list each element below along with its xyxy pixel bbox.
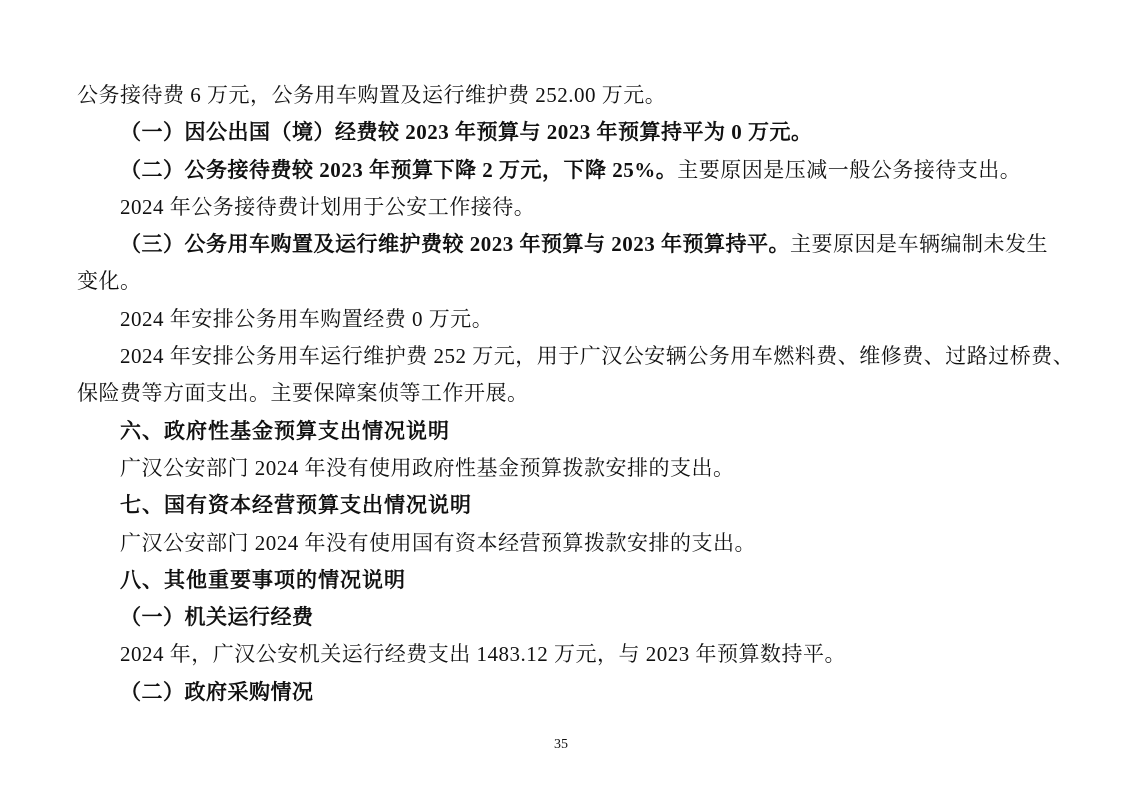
para-vehicle-expense-wrap: 变化。 (77, 263, 1057, 300)
text-run: 2024 年安排公务用车购置经费 0 万元。 (120, 307, 493, 331)
subheading-gov-procurement: （二）政府采购情况 (77, 674, 1057, 711)
para-vehicle-maintenance-wrap: 保险费等方面支出。主要保障案侦等工作开展。 (77, 375, 1057, 412)
item-3-vehicle-expense: （三）公务用车购置及运行维护费较 2023 年预算与 2023 年预算持平。主要… (77, 226, 1057, 263)
text-run: 六、政府性基金预算支出情况说明 (120, 420, 450, 443)
text-run: 公务接待费 6 万元，公务用车购置及运行维护费 252.00 万元。 (77, 83, 666, 107)
text-run: 广汉公安部门 2024 年没有使用国有资本经营预算拨款安排的支出。 (120, 531, 756, 555)
para-vehicle-maintenance: 2024 年安排公务用车运行维护费 252 万元，用于广汉公安辆公务用车燃料费、… (77, 338, 1057, 375)
text-run: 2024 年公务接待费计划用于公安工作接待。 (120, 195, 535, 219)
text-run: 主要原因是压减一般公务接待支出。 (677, 158, 1021, 182)
item-1-abroad-expense: （一）因公出国（境）经费较 2023 年预算与 2023 年预算持平为 0 万元… (77, 114, 1057, 151)
text-run: 2024 年，广汉公安机关运行经费支出 1483.12 万元，与 2023 年预… (120, 642, 846, 666)
para-vehicle-purchase: 2024 年安排公务用车购置经费 0 万元。 (77, 301, 1057, 338)
text-run: 2024 年安排公务用车运行维护费 252 万元，用于广汉公安辆公务用车燃料费、… (120, 344, 1074, 368)
text-run: （三）公务用车购置及运行维护费较 2023 年预算与 2023 年预算持平。 (120, 232, 790, 256)
page-number: 35 (0, 733, 1122, 757)
para-state-capital: 广汉公安部门 2024 年没有使用国有资本经营预算拨款安排的支出。 (77, 525, 1057, 562)
para-gov-fund: 广汉公安部门 2024 年没有使用政府性基金预算拨款安排的支出。 (77, 450, 1057, 487)
para-2024-reception-plan: 2024 年公务接待费计划用于公安工作接待。 (77, 189, 1057, 226)
text-run: 变化。 (77, 269, 142, 293)
document-body: 公务接待费 6 万元，公务用车购置及运行维护费 252.00 万元。（一）因公出… (77, 77, 1057, 711)
item-2-reception-expense: （二）公务接待费较 2023 年预算下降 2 万元，下降 25%。主要原因是压减… (77, 152, 1057, 189)
heading-6-gov-fund: 六、政府性基金预算支出情况说明 (77, 413, 1057, 450)
document-page: 公务接待费 6 万元，公务用车购置及运行维护费 252.00 万元。（一）因公出… (0, 0, 1122, 793)
heading-8-other-items: 八、其他重要事项的情况说明 (77, 562, 1057, 599)
para-fees-continuation: 公务接待费 6 万元，公务用车购置及运行维护费 252.00 万元。 (77, 77, 1057, 114)
text-run: 主要原因是车辆编制未发生 (790, 232, 1048, 256)
text-run: 广汉公安部门 2024 年没有使用政府性基金预算拨款安排的支出。 (120, 456, 735, 480)
text-run: （二）公务接待费较 2023 年预算下降 2 万元，下降 25%。 (120, 158, 677, 182)
text-run: （一）因公出国（境）经费较 2023 年预算与 2023 年预算持平为 0 万元… (120, 120, 813, 144)
text-run: 八、其他重要事项的情况说明 (120, 569, 406, 592)
text-run: （一）机关运行经费 (120, 605, 314, 629)
para-agency-operation: 2024 年，广汉公安机关运行经费支出 1483.12 万元，与 2023 年预… (77, 636, 1057, 673)
heading-7-state-capital: 七、国有资本经营预算支出情况说明 (77, 487, 1057, 524)
text-run: 保险费等方面支出。主要保障案侦等工作开展。 (77, 381, 529, 405)
text-run: （二）政府采购情况 (120, 680, 314, 704)
subheading-agency-operation: （一）机关运行经费 (77, 599, 1057, 636)
text-run: 七、国有资本经营预算支出情况说明 (120, 494, 472, 517)
